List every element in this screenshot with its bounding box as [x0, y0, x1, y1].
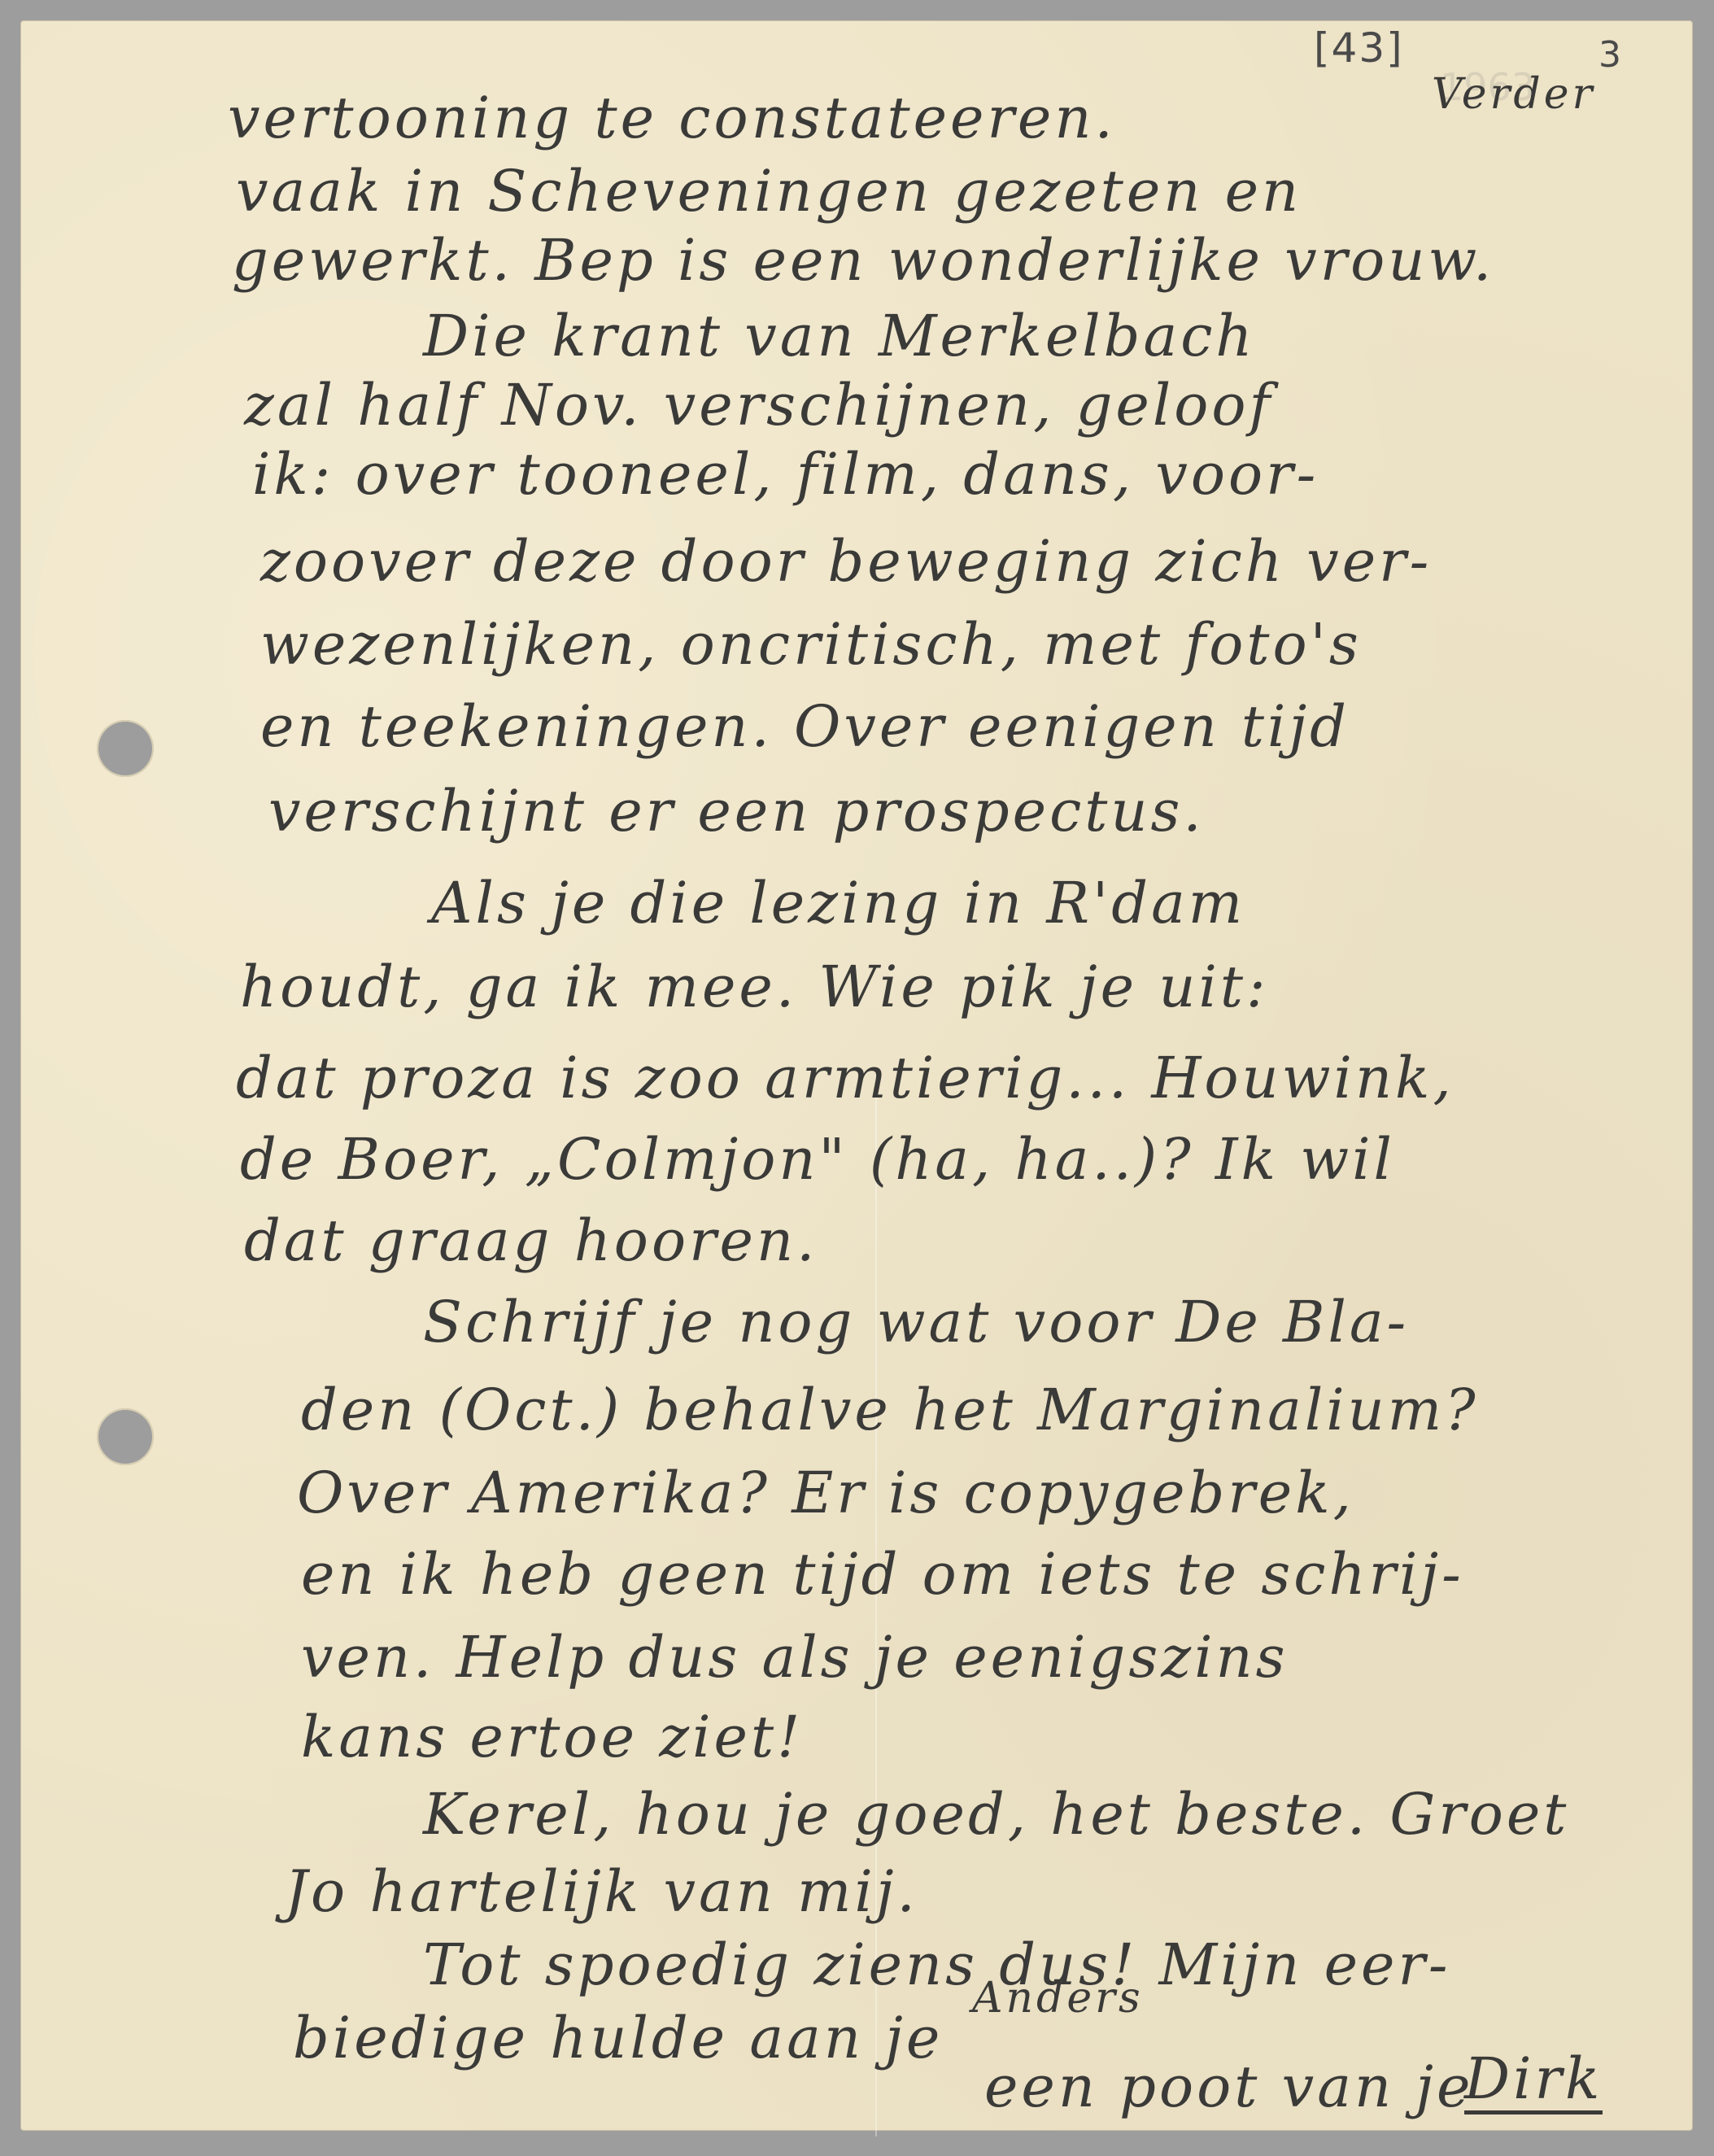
- letter-line-19: en ik heb geen tijd om iets te schrij-: [301, 1546, 1464, 1603]
- letter-line-23: Jo hartelijk van mij.: [285, 1863, 918, 1920]
- letter-line-4: Die krant van Merkelbach: [423, 308, 1256, 364]
- archive-number: [43]: [1314, 24, 1404, 72]
- letter-line-24: Tot spoedig ziens dus! Mijn eer-: [423, 1936, 1451, 1993]
- letter-line-16: Schrijf je nog wat voor De Bla-: [423, 1294, 1409, 1351]
- letter-line-3: gewerkt. Bep is een wonderlijke vrouw.: [232, 232, 1494, 289]
- letter-line-15: dat graag hooren.: [244, 1212, 818, 1269]
- letter-line-11: Als je die lezing in R'dam: [431, 875, 1245, 932]
- letter-line-10: verschijnt er een prospectus.: [268, 783, 1205, 840]
- letter-line-9: en teekeningen. Over eenigen tijd: [260, 698, 1350, 755]
- letter-line-14: de Boer, „Colmjon" (ha, ha..)? Ik wil: [240, 1131, 1395, 1188]
- letter-line-26: een poot van je: [984, 2058, 1473, 2115]
- letter-line-17: den (Oct.) behalve het Marginalium?: [301, 1381, 1479, 1438]
- letter-line-5: zal half Nov. verschijnen, geloof: [244, 377, 1273, 434]
- letter-line-12: houdt, ga ik mee. Wie pik je uit:: [240, 958, 1269, 1015]
- letter-line-20: ven. Help dus als je eenigszins: [301, 1629, 1289, 1686]
- letter-line-8: wezenlijken, oncritisch, met foto's: [260, 616, 1362, 673]
- punch-hole-bottom: [97, 1408, 154, 1465]
- letter-line-6: ik: over tooneel, film, dans, voor-: [252, 446, 1319, 503]
- margin-note-verder: Verder: [1432, 73, 1595, 116]
- letter-line-25: biedige hulde aan je: [293, 2010, 943, 2067]
- punch-hole-top: [97, 720, 154, 777]
- letter-line-2: vaak in Scheveningen gezeten en: [236, 163, 1302, 220]
- insert-anders: Anders: [972, 1977, 1144, 2019]
- letter-line-21: kans ertoe ziet!: [301, 1709, 803, 1765]
- letter-line-7: zoover deze door beweging zich ver-: [260, 533, 1432, 590]
- letter-line-18: Over Amerika? Er is copygebrek,: [297, 1464, 1354, 1521]
- signature: Dirk: [1464, 2050, 1603, 2115]
- letter-line-1: vertooning te constateeren.: [228, 89, 1116, 146]
- page-number: 3: [1598, 34, 1623, 76]
- letter-line-22: Kerel, hou je goed, het beste. Groet: [423, 1786, 1569, 1843]
- letter-line-13: dat proza is zoo armtierig... Houwink,: [236, 1050, 1455, 1106]
